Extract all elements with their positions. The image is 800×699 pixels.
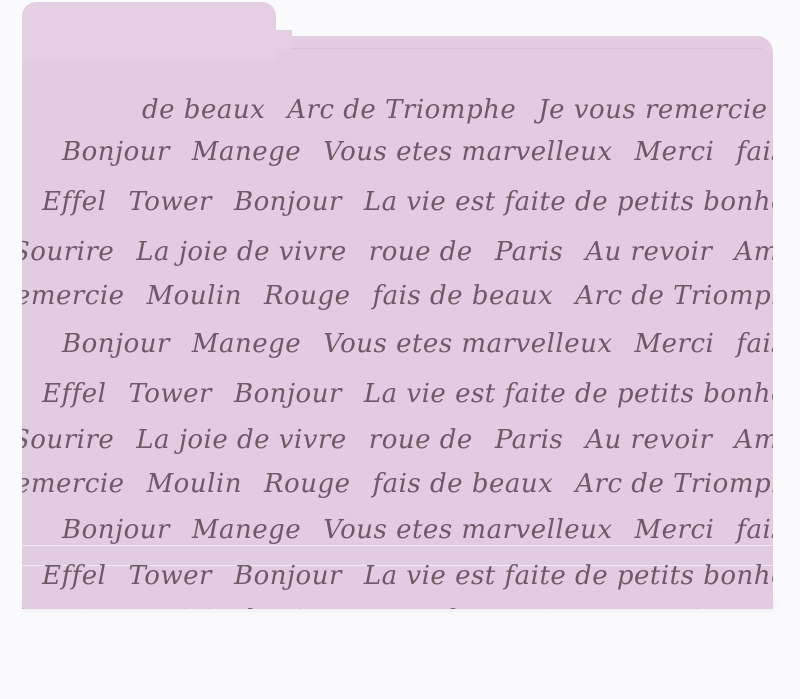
script-phrase: Vous etes marvelleux [323,329,612,359]
script-phrase: Sourire [22,425,114,455]
script-phrase: Vous etes marvelleux [323,515,612,545]
script-phrase: Rouge [264,281,351,311]
script-phrase: fais de beaux [372,469,553,499]
script-phrase: Manege [192,329,301,359]
script-text-row: SourireLa joie de vivreroue deParisAu re… [22,237,773,267]
script-phrase: Tower [128,187,212,217]
script-phrase: roue de [369,237,473,267]
script-phrase: Manege [192,515,301,545]
script-phrase: de beaux [142,95,265,125]
script-phrase: La vie est faite de petits bonheurs [364,561,773,591]
script-phrase: La vie est faite de petits bonheurs [364,187,773,217]
script-phrase: Sourire [22,605,114,609]
script-phrase: Au revoir [585,425,712,455]
script-phrase: La joie de vivre [136,425,347,455]
script-phrase: Moulin [147,281,242,311]
script-phrase: Effel [42,187,106,217]
script-phrase: Moulin [147,469,242,499]
script-phrase: Je vous remercie [538,95,767,125]
script-phrase: Au revoir [585,237,712,267]
script-phrase: Sourire [22,237,114,267]
script-text-row: BonjourManegeVous etes marvelleuxMercifa… [62,515,773,545]
score-line [22,545,773,546]
script-phrase: Effel [42,561,106,591]
script-phrase: Merci [635,329,715,359]
script-phrase: Paris [495,605,563,609]
script-phrase: Bonjour [62,137,170,167]
script-phrase: Amour [734,425,773,455]
script-phrase: La vie est faite de petits bonheurs [364,379,773,409]
script-phrase: Paris [495,425,563,455]
folder-front-panel: de beauxArc de TriompheJe vous remercieM… [22,48,773,609]
script-text-row: remercieMoulinRougefais de beauxArc de T… [22,469,773,499]
script-phrase: remercie [22,469,125,499]
product-photo: de beauxArc de TriompheJe vous remercieM… [0,0,800,699]
script-phrase: Bonjour [234,379,342,409]
script-phrase: Bonjour [62,329,170,359]
script-phrase: La joie de vivre [136,605,347,609]
script-text-row: EffelTowerBonjourLa vie est faite de pet… [42,187,773,217]
folder-tab-base [22,30,292,50]
script-phrase: fais de beaux [736,329,773,359]
script-phrase: Tower [128,561,212,591]
script-phrase: Effel [42,379,106,409]
script-text-row: de beauxArc de TriompheJe vous remercieM… [142,95,773,125]
script-phrase: Vous etes marvelleux [323,137,612,167]
script-phrase: Merci [635,515,715,545]
script-phrase: roue de [369,605,473,609]
script-phrase: La joie de vivre [136,237,347,267]
script-phrase: Amour [734,237,773,267]
script-phrase: Arc de Triomphe [287,95,516,125]
script-phrase: Tower [128,379,212,409]
script-phrase: Bonjour [234,561,342,591]
script-phrase: Manege [192,137,301,167]
script-phrase: Arc de Triomphe [575,469,773,499]
script-text-row: EffelTowerBonjourLa vie est faite de pet… [42,379,773,409]
script-phrase: roue de [369,425,473,455]
script-phrase: Bonjour [62,515,170,545]
script-phrase: fais de beaux [736,515,773,545]
script-text-row: BonjourManegeVous etes marvelleuxMercifa… [62,329,773,359]
script-phrase: Bonjour [234,187,342,217]
script-phrase: Paris [495,237,563,267]
script-text-row: EffelTowerBonjourLa vie est faite de pet… [42,561,773,591]
script-phrase: Rouge [264,469,351,499]
script-phrase: fais de beaux [372,281,553,311]
script-text-row: remercieMoulinRougefais de beauxArc de T… [22,281,773,311]
script-phrase: remercie [22,281,125,311]
script-text-row: BonjourManegeVous etes marvelleuxMercifa… [62,137,773,167]
script-phrase: Amour [734,605,773,609]
script-text-row: SourireLa joie de vivreroue deParisAu re… [22,605,773,609]
script-phrase: fais de beaux [736,137,773,167]
script-text-row: SourireLa joie de vivreroue deParisAu re… [22,425,773,455]
script-phrase: Merci [635,137,715,167]
script-phrase: Au revoir [585,605,712,609]
script-phrase: Arc de Triomphe [575,281,773,311]
